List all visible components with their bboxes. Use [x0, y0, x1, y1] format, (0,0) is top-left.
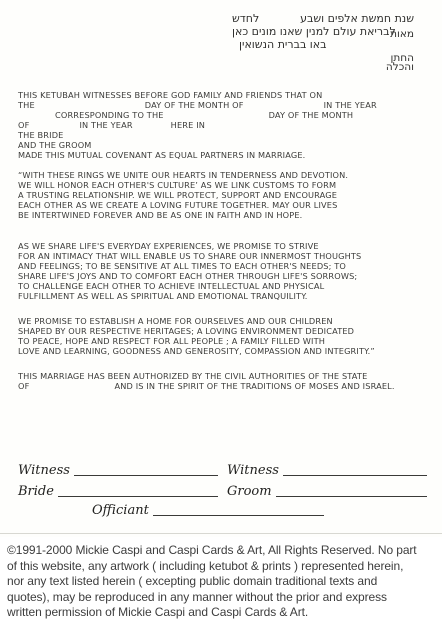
- ketubah-text-segment: DAY OF THE MONTH OF: [145, 100, 244, 110]
- witness-left-field: Witness: [18, 463, 218, 478]
- ketubah-text-line: LOVE AND LEARNING, GOODNESS AND GENEROSI…: [18, 346, 428, 356]
- ketubah-text-line: THE BRIDE: [18, 130, 428, 140]
- ketubah-text-line: FOR AN INTIMACY THAT WILL ENABLE US TO S…: [18, 251, 428, 261]
- fill-in-blank-month: [244, 107, 324, 108]
- ketubah-text-line: OF AND IS IN THE SPIRIT OF THE TRADITION…: [18, 381, 428, 391]
- ketubah-text-line: THE DAY OF THE MONTH OF IN THE YEAR: [18, 100, 428, 110]
- fill-in-blank-state: [29, 388, 114, 389]
- witness-left-signature-line: [74, 463, 218, 476]
- ketubah-text-line: THIS MARRIAGE HAS BEEN AUTHORIZED BY THE…: [18, 371, 428, 381]
- ketubah-text-segment: THE: [18, 100, 35, 110]
- witness-right-field: Witness: [227, 463, 427, 478]
- officiant-signature-line: [153, 503, 324, 516]
- bride-signature-line: [58, 484, 218, 497]
- fill-in-blank-civil-year: [133, 127, 171, 128]
- ketubah-text-segment: IN THE YEAR: [324, 100, 377, 110]
- bride-groom-signature-row: Bride Groom: [18, 484, 427, 499]
- hebrew-hundreds-label: מאות: [390, 28, 414, 40]
- hebrew-creation-count-text: לבריאת עולם למנין שאנו מונים כאן: [232, 26, 396, 38]
- ketubah-text-line: A TRUSTING RELATIONSHIP. WE WILL PROTECT…: [18, 190, 428, 200]
- ketubah-paragraph-4: WE PROMISE TO ESTABLISH A HOME FOR OURSE…: [18, 316, 428, 356]
- hebrew-year-text: שנת חמשת אלפים ושבע: [300, 13, 414, 25]
- ketubah-paragraph-1: THIS KETUBAH WITNESSES BEFORE GOD FAMILY…: [18, 90, 428, 160]
- ketubah-text-line: TO CHALLENGE EACH OTHER TO ACHIEVE INTEL…: [18, 281, 428, 291]
- fill-in-blank-civil-month: [29, 127, 79, 128]
- ketubah-text-segment: HERE IN: [171, 120, 205, 130]
- copyright-line: written permission of Mickie Caspi and C…: [7, 605, 417, 621]
- witness-signature-row: Witness Witness: [18, 463, 427, 478]
- ketubah-text-line: AND FEELINGS; TO BE SENSITIVE AT ALL TIM…: [18, 261, 428, 271]
- hebrew-covenant-text: באו בברית הנשואין: [239, 39, 327, 51]
- bride-field: Bride: [18, 484, 218, 499]
- witness-right-label: Witness: [227, 463, 279, 478]
- ketubah-text-segment: CORRESPONDING TO THE: [55, 110, 164, 120]
- groom-signature-line: [276, 484, 427, 497]
- ketubah-text-segment: OF: [18, 120, 29, 130]
- ketubah-text-line: BE INTERTWINED FOREVER AND BE AS ONE IN …: [18, 210, 428, 220]
- ketubah-paragraph-5: THIS MARRIAGE HAS BEEN AUTHORIZED BY THE…: [18, 371, 428, 391]
- ketubah-text-line: SHAPED BY OUR RESPECTIVE HERITAGES; A LO…: [18, 326, 428, 336]
- witness-right-signature-line: [283, 463, 427, 476]
- copyright-line: quotes), may be reproduced in any manner…: [7, 590, 417, 606]
- ketubah-text-segment: DAY OF THE MONTH: [269, 110, 354, 120]
- ketubah-text-line: MADE THIS MUTUAL COVENANT AS EQUAL PARTN…: [18, 150, 428, 160]
- officiant-signature-row: Officiant: [92, 503, 324, 518]
- fill-in-blank-day: [35, 107, 145, 108]
- ketubah-paragraph-2: “WITH THESE RINGS WE UNITE OUR HEARTS IN…: [18, 170, 428, 220]
- copyright-line: nor any text listed herein ( excepting p…: [7, 574, 417, 590]
- ketubah-text-segment: AND IS IN THE SPIRIT OF THE TRADITIONS O…: [114, 381, 394, 391]
- ketubah-text-line: OF IN THE YEAR HERE IN: [18, 120, 428, 130]
- copyright-notice: ©1991-2000 Mickie Caspi and Caspi Cards …: [7, 543, 417, 621]
- ketubah-text-line: AS WE SHARE LIFE'S EVERYDAY EXPERIENCES,…: [18, 241, 428, 251]
- ketubah-page: לחדש שנת חמשת אלפים ושבע לבריאת עולם למנ…: [0, 0, 442, 625]
- bride-label: Bride: [18, 484, 54, 499]
- ketubah-paragraph-3: AS WE SHARE LIFE'S EVERYDAY EXPERIENCES,…: [18, 241, 428, 301]
- ketubah-text-line: FULFILLMENT AS WELL AS SPIRITUAL AND EMO…: [18, 291, 428, 301]
- officiant-field: Officiant: [92, 503, 324, 518]
- ketubah-text-line: CORRESPONDING TO THE DAY OF THE MONTH: [55, 110, 428, 120]
- copyright-line: of this website, any artwork ( including…: [7, 559, 417, 575]
- copyright-line: ©1991-2000 Mickie Caspi and Caspi Cards …: [7, 543, 417, 559]
- hebrew-month-label: לחדש: [232, 13, 259, 25]
- ketubah-text-segment: OF: [18, 381, 29, 391]
- ketubah-text-segment: IN THE YEAR: [79, 120, 132, 130]
- scan-bottom-edge: [0, 533, 442, 534]
- fill-in-blank-civil-day: [164, 117, 269, 118]
- groom-label: Groom: [227, 484, 272, 499]
- ketubah-text-line: “WITH THESE RINGS WE UNITE OUR HEARTS IN…: [18, 170, 428, 180]
- ketubah-text-line: THIS KETUBAH WITNESSES BEFORE GOD FAMILY…: [18, 90, 428, 100]
- ketubah-scan-area: לחדש שנת חמשת אלפים ושבע לבריאת עולם למנ…: [0, 0, 442, 537]
- ketubah-text-line: WE WILL HONOR EACH OTHER'S CULTURE’ AS W…: [18, 180, 428, 190]
- groom-field: Groom: [227, 484, 427, 499]
- witness-left-label: Witness: [18, 463, 70, 478]
- ketubah-text-line: EACH OTHER AS WE CREATE A LOVING FUTURE …: [18, 200, 428, 210]
- officiant-label: Officiant: [92, 503, 149, 518]
- hebrew-bride-label: והכלה: [386, 61, 414, 73]
- ketubah-text-line: WE PROMISE TO ESTABLISH A HOME FOR OURSE…: [18, 316, 428, 326]
- ketubah-text-line: SHARE LIFE'S JOYS AND TO COMFORT EACH OT…: [18, 271, 428, 281]
- ketubah-text-line: TO PEACE, HOPE AND RESPECT FOR ALL PEOPL…: [18, 336, 428, 346]
- ketubah-text-line: AND THE GROOM: [18, 140, 428, 150]
